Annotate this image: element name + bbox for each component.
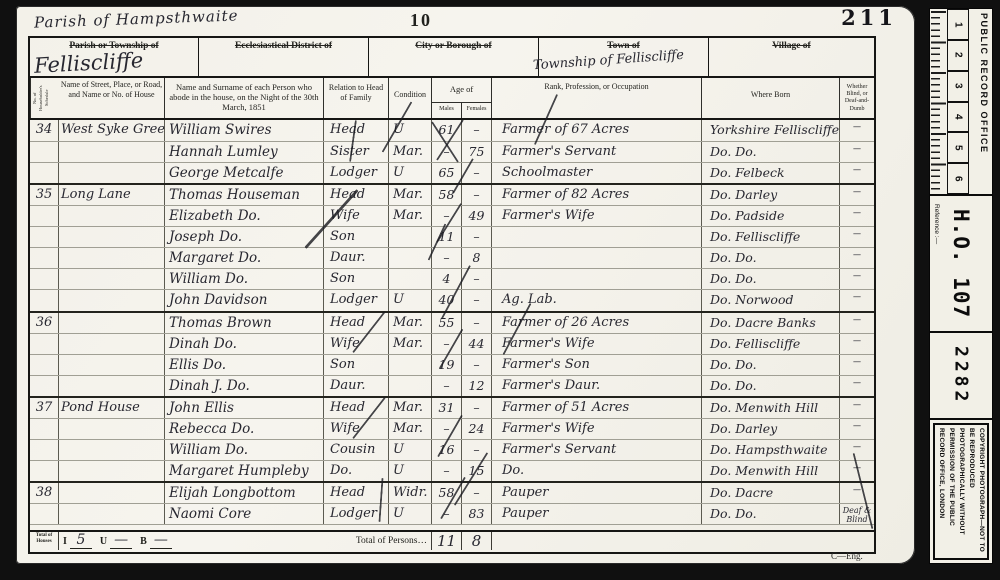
copyright-text: COPYRIGHT PHOTOGRAPH—NOT TO BE REPRODUCE… — [935, 425, 987, 558]
address — [59, 290, 165, 310]
relation: Daur. — [324, 248, 389, 268]
copyright-notice: COPYRIGHT PHOTOGRAPH—NOT TO BE REPRODUCE… — [933, 423, 989, 560]
person-name: Thomas Houseman — [165, 185, 324, 205]
condition: Widr. — [389, 483, 432, 503]
occupation: Pauper — [492, 483, 702, 503]
header-fields: Parish or Township of Felliscliffe Eccle… — [30, 38, 874, 78]
relation: Sister — [324, 142, 389, 162]
infirmity: — — [840, 398, 874, 418]
infirmity: — — [840, 290, 874, 310]
schedule-number — [30, 504, 59, 524]
col-header-age: Age of Males Females — [432, 78, 492, 118]
census-row: Naomi CoreLodgerU–83PauperDo. Do.Deaf & … — [30, 503, 874, 524]
census-row: 37Pond HouseJohn EllisHeadMar.31–Farmer … — [30, 396, 874, 418]
occupation: Pauper — [492, 504, 702, 524]
age-of-label: Age of — [432, 78, 491, 102]
address — [59, 504, 165, 524]
census-rows: 34West Syke GreenWilliam SwiresHeadU61–F… — [30, 120, 874, 524]
address — [59, 227, 165, 247]
col-header-street: Name of Street, Place, or Road, and Name… — [59, 78, 165, 118]
age-male: – — [432, 206, 462, 226]
age-male: 4 — [432, 269, 462, 289]
where-born: Do. Menwith Hill — [702, 398, 840, 418]
age-female: – — [462, 290, 492, 310]
total-of-houses-label: Total of Houses — [30, 532, 59, 550]
where-born: Do. Norwood — [702, 290, 840, 310]
col-header-where-born: Where Born — [702, 78, 840, 118]
infirmity: — — [840, 248, 874, 268]
field-parish-or-township: Parish or Township of Felliscliffe — [30, 38, 199, 76]
schedule-number — [30, 290, 59, 310]
condition — [389, 269, 432, 289]
relation: Head — [324, 483, 389, 503]
age-male: 58 — [432, 185, 462, 205]
ruler-number: 3 — [947, 71, 969, 102]
col-header-schedule: No. of Householder's Schedule — [30, 78, 59, 118]
census-row: Ellis Do.Son19–Farmer's SonDo. Do.— — [30, 354, 874, 375]
address — [59, 206, 165, 226]
houses-tally: I 5 U — B — Total of Persons… — [59, 532, 432, 550]
address: West Syke Green — [59, 120, 165, 141]
where-born: Do. Felliscliffe — [702, 227, 840, 247]
field-value-handwritten: Felliscliffe — [33, 48, 143, 78]
census-row: George MetcalfeLodgerU65–SchoolmasterDo.… — [30, 162, 874, 183]
where-born: Do. Darley — [702, 419, 840, 439]
total-persons-label: Total of Persons… — [356, 536, 431, 546]
age-male: 58 — [432, 483, 462, 503]
ruler-number: 5 — [947, 132, 969, 163]
schedule-number — [30, 163, 59, 183]
census-row: 38Elijah LongbottomHeadWidr.58–PauperDo.… — [30, 481, 874, 503]
age-female: 12 — [462, 376, 492, 396]
address — [59, 461, 165, 481]
occupation: Farmer's Wife — [492, 334, 702, 354]
person-name: John Ellis — [165, 398, 324, 418]
field-village: Village of — [709, 38, 874, 76]
census-page-scan: Parish of Hampsthwaite 10 211 Parish or … — [16, 6, 915, 564]
where-born: Do. Dacre Banks — [702, 313, 840, 333]
census-row: 34West Syke GreenWilliam SwiresHeadU61–F… — [30, 120, 874, 141]
census-row: Joseph Do.Son11–Do. Felliscliffe— — [30, 226, 874, 247]
schedule-number: 38 — [30, 483, 59, 503]
infirmity: — — [840, 227, 874, 247]
reference-number: H.O. 107 — [949, 209, 973, 318]
age-female: – — [462, 269, 492, 289]
person-name: William Do. — [165, 269, 324, 289]
occupation — [492, 248, 702, 268]
age-female: – — [462, 398, 492, 418]
condition: U — [389, 163, 432, 183]
address: Pond House — [59, 398, 165, 418]
person-name: Thomas Brown — [165, 313, 324, 333]
schedule-number — [30, 248, 59, 268]
relation: Son — [324, 227, 389, 247]
relation: Wife — [324, 419, 389, 439]
age-female: – — [462, 483, 492, 503]
relation: Wife — [324, 334, 389, 354]
occupation — [492, 227, 702, 247]
parish-annotation: Parish of Hampsthwaite — [34, 6, 239, 31]
relation: Wife — [324, 206, 389, 226]
schedule-number: 34 — [30, 120, 59, 141]
age-male: – — [432, 376, 462, 396]
schedule-number — [30, 355, 59, 375]
schedule-number — [30, 269, 59, 289]
person-name: Naomi Core — [165, 504, 324, 524]
age-female: – — [462, 227, 492, 247]
where-born: Do. Do. — [702, 248, 840, 268]
occupation: Ag. Lab. — [492, 290, 702, 310]
infirmity: — — [840, 461, 874, 481]
address: Long Lane — [59, 185, 165, 205]
schedule-number: 36 — [30, 313, 59, 333]
occupation: Farmer's Servant — [492, 142, 702, 162]
totals-row: Total of Houses I 5 U — B — Total of Per… — [30, 530, 874, 550]
relation: Son — [324, 355, 389, 375]
census-row: William Do.Son4–Do. Do.— — [30, 268, 874, 289]
relation: Lodger — [324, 504, 389, 524]
infirmity: — — [840, 163, 874, 183]
age-female: – — [462, 120, 492, 141]
age-female: – — [462, 185, 492, 205]
occupation: Farmer's Wife — [492, 419, 702, 439]
age-female: 15 — [462, 461, 492, 481]
census-row: 36Thomas BrownHeadMar.55–Farmer of 26 Ac… — [30, 311, 874, 333]
person-name: William Swires — [165, 120, 324, 141]
relation: Lodger — [324, 163, 389, 183]
where-born: Do. Do. — [702, 376, 840, 396]
infirmity: — — [840, 419, 874, 439]
condition: Mar. — [389, 419, 432, 439]
condition — [389, 227, 432, 247]
address — [59, 248, 165, 268]
age-male: – — [432, 419, 462, 439]
infirmity: — — [840, 440, 874, 460]
age-male: 11 — [432, 227, 462, 247]
age-female: 24 — [462, 419, 492, 439]
person-name: John Davidson — [165, 290, 324, 310]
age-female: 49 — [462, 206, 492, 226]
ruler-number: 2 — [947, 40, 969, 71]
person-name: Hannah Lumley — [165, 142, 324, 162]
person-name: George Metcalfe — [165, 163, 324, 183]
age-female: – — [462, 355, 492, 375]
age-male: 55 — [432, 313, 462, 333]
condition — [389, 248, 432, 268]
schedule-number — [30, 376, 59, 396]
where-born: Do. Darley — [702, 185, 840, 205]
ruler-number: 4 — [947, 102, 969, 133]
address — [59, 419, 165, 439]
field-value-handwritten: Township of Felliscliffe — [533, 48, 685, 74]
piece-number: 2282 — [951, 346, 972, 405]
printer-imprint: C—Eng. — [831, 551, 863, 561]
occupation: Farmer's Son — [492, 355, 702, 375]
census-row: Hannah LumleySisterMar.–75Farmer's Serva… — [30, 141, 874, 162]
occupation: Farmer of 26 Acres — [492, 313, 702, 333]
condition: Mar. — [389, 206, 432, 226]
pro-reference-card: 123456 PUBLIC RECORD OFFICE Reference :—… — [929, 8, 993, 564]
condition: Mar. — [389, 398, 432, 418]
occupation: Farmer's Servant — [492, 440, 702, 460]
infirmity: — — [840, 483, 874, 503]
census-row: Dinah J. Do.Daur.–12Farmer's Daur.Do. Do… — [30, 375, 874, 396]
folio-stamp: 211 — [841, 5, 897, 30]
person-name: William Do. — [165, 440, 324, 460]
where-born: Do. Do. — [702, 142, 840, 162]
infirmity: — — [840, 206, 874, 226]
address — [59, 483, 165, 503]
person-name: Joseph Do. — [165, 227, 324, 247]
occupation: Do. — [492, 461, 702, 481]
person-name: Ellis Do. — [165, 355, 324, 375]
census-row: William Do.CousinU16–Farmer's ServantDo.… — [30, 439, 874, 460]
age-male: – — [432, 248, 462, 268]
address — [59, 376, 165, 396]
relation: Son — [324, 269, 389, 289]
address — [59, 163, 165, 183]
occupation: Farmer's Daur. — [492, 376, 702, 396]
person-name: Dinah J. Do. — [165, 376, 324, 396]
address — [59, 440, 165, 460]
condition: U — [389, 504, 432, 524]
males-label: Males — [432, 103, 462, 118]
address — [59, 313, 165, 333]
field-label: City or Borough of — [369, 41, 538, 51]
ruler-number: 1 — [947, 9, 969, 40]
building-count: — — [150, 533, 172, 549]
infirmity: — — [840, 334, 874, 354]
census-table: Parish or Township of Felliscliffe Eccle… — [28, 36, 876, 554]
age-male: – — [432, 461, 462, 481]
infirmity: — — [840, 120, 874, 141]
relation: Head — [324, 185, 389, 205]
schedule-number — [30, 206, 59, 226]
person-name: Rebecca Do. — [165, 419, 324, 439]
condition — [389, 355, 432, 375]
occupation: Farmer of 82 Acres — [492, 185, 702, 205]
person-name: Margaret Do. — [165, 248, 324, 268]
person-name: Margaret Humpleby — [165, 461, 324, 481]
age-male: 40 — [432, 290, 462, 310]
census-row: John DavidsonLodgerU40–Ag. Lab.Do. Norwo… — [30, 289, 874, 310]
age-male: 31 — [432, 398, 462, 418]
condition: Mar. — [389, 313, 432, 333]
age-female: 83 — [462, 504, 492, 524]
schedule-number — [30, 227, 59, 247]
census-row: Elizabeth Do.WifeMar.–49Farmer's WifeDo.… — [30, 205, 874, 226]
page-number: 10 — [410, 10, 432, 31]
total-females: 8 — [462, 532, 492, 550]
address — [59, 355, 165, 375]
ruler-ticks-icon — [931, 11, 946, 192]
uninhabited-label: U — [100, 536, 107, 547]
schedule-number — [30, 142, 59, 162]
field-label: Village of — [709, 41, 874, 51]
address — [59, 142, 165, 162]
ruler-boxes: 123456 — [947, 9, 969, 194]
infirmity: — — [840, 185, 874, 205]
schedule-number — [30, 440, 59, 460]
occupation: Farmer of 51 Acres — [492, 398, 702, 418]
age-male: 19 — [432, 355, 462, 375]
where-born: Do. Do. — [702, 269, 840, 289]
age-male: 65 — [432, 163, 462, 183]
address — [59, 269, 165, 289]
age-male: 61 — [432, 120, 462, 141]
where-born: Yorkshire Felliscliffe — [702, 120, 840, 141]
infirmity: — — [840, 376, 874, 396]
census-row: Margaret Do.Daur.–8Do. Do.— — [30, 247, 874, 268]
infirmity: — — [840, 269, 874, 289]
relation: Head — [324, 120, 389, 141]
where-born: Do. Menwith Hill — [702, 461, 840, 481]
schedule-number: 37 — [30, 398, 59, 418]
col-header-condition: Condition — [389, 78, 432, 118]
where-born: Do. Felliscliffe — [702, 334, 840, 354]
address — [59, 334, 165, 354]
field-ecclesiastical-district: Ecclesiastical District of — [199, 38, 369, 76]
column-headers: No. of Householder's Schedule Name of St… — [30, 78, 874, 120]
occupation: Schoolmaster — [492, 163, 702, 183]
inhabited-label: I — [63, 536, 67, 547]
census-row: Margaret HumplebyDo.U–15Do.Do. Menwith H… — [30, 460, 874, 481]
col-header-infirmity: Whether Blind, or Deaf-and-Dumb — [840, 78, 874, 118]
condition: U — [389, 461, 432, 481]
infirmity: — — [840, 313, 874, 333]
where-born: Do. Dacre — [702, 483, 840, 503]
females-label: Females — [462, 103, 491, 118]
col-header-name: Name and Surname of each Person who abod… — [165, 78, 324, 118]
person-name: Elijah Longbottom — [165, 483, 324, 503]
relation: Head — [324, 398, 389, 418]
inhabited-count: 5 — [70, 533, 92, 549]
age-male: 16 — [432, 440, 462, 460]
col-header-occupation: Rank, Profession, or Occupation — [492, 78, 702, 118]
condition: U — [389, 440, 432, 460]
totals-blank — [492, 532, 874, 550]
field-town: Town of Township of Felliscliffe — [539, 38, 709, 76]
age-male: – — [432, 334, 462, 354]
infirmity: — — [840, 142, 874, 162]
age-female: 75 — [462, 142, 492, 162]
where-born: Do. Padside — [702, 206, 840, 226]
occupation — [492, 269, 702, 289]
reference-label: Reference :— — [933, 204, 940, 244]
condition: Mar. — [389, 334, 432, 354]
condition: Mar. — [389, 142, 432, 162]
age-female: – — [462, 163, 492, 183]
ruler: 123456 PUBLIC RECORD OFFICE — [930, 9, 992, 196]
age-male: – — [432, 142, 462, 162]
uninhabited-count: — — [110, 533, 132, 549]
building-label: B — [140, 536, 147, 547]
reference-section: Reference :— H.O. 107 — [930, 196, 992, 333]
occupation: Farmer's Wife — [492, 206, 702, 226]
public-record-office-label: PUBLIC RECORD OFFICE — [979, 13, 989, 154]
relation: Lodger — [324, 290, 389, 310]
ruler-number: 6 — [947, 163, 969, 194]
age-female: 8 — [462, 248, 492, 268]
infirmity: — — [840, 355, 874, 375]
where-born: Do. Do. — [702, 504, 840, 524]
condition: U — [389, 120, 432, 141]
total-males: 11 — [432, 532, 462, 550]
schedule-number — [30, 419, 59, 439]
relation: Daur. — [324, 376, 389, 396]
age-female: 44 — [462, 334, 492, 354]
infirmity: Deaf & Blind — [840, 504, 874, 524]
occupation: Farmer of 67 Acres — [492, 120, 702, 141]
schedule-number — [30, 461, 59, 481]
where-born: Do. Do. — [702, 355, 840, 375]
where-born: Do. Felbeck — [702, 163, 840, 183]
census-row: Rebecca Do.WifeMar.–24Farmer's WifeDo. D… — [30, 418, 874, 439]
condition: U — [389, 290, 432, 310]
person-name: Elizabeth Do. — [165, 206, 324, 226]
schedule-number — [30, 334, 59, 354]
age-female: – — [462, 440, 492, 460]
condition — [389, 376, 432, 396]
relation: Head — [324, 313, 389, 333]
piece-section: 2282 — [930, 333, 992, 420]
schedule-number: 35 — [30, 185, 59, 205]
age-female: – — [462, 313, 492, 333]
census-row: 35Long LaneThomas HousemanHeadMar.58–Far… — [30, 183, 874, 205]
person-name: Dinah Do. — [165, 334, 324, 354]
relation: Do. — [324, 461, 389, 481]
col-header-relation: Relation to Head of Family — [324, 78, 389, 118]
relation: Cousin — [324, 440, 389, 460]
census-row: Dinah Do.WifeMar.–44Farmer's WifeDo. Fel… — [30, 333, 874, 354]
age-male: – — [432, 504, 462, 524]
field-city-or-borough: City or Borough of — [369, 38, 539, 76]
field-label: Ecclesiastical District of — [199, 41, 368, 51]
condition: Mar. — [389, 185, 432, 205]
where-born: Do. Hampsthwaite — [702, 440, 840, 460]
